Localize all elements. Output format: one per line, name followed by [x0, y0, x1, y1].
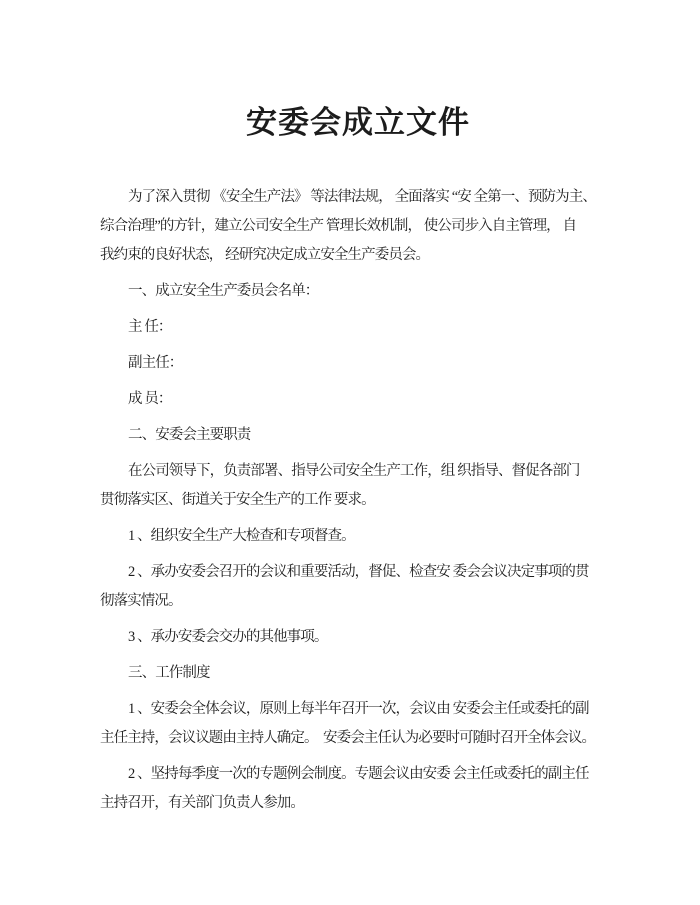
- text-line: 三、工作制度: [100, 659, 612, 688]
- text-line: 2 、承办安委会召开的会议和重要活动，督促、检查安 委会会议决定事项的贯: [100, 558, 612, 587]
- label-members: 成 员：: [100, 385, 612, 414]
- list-item-1: 1 、安委会全体会议，原则上每半年召开一次，会议由 安委会主任或委托的副 主任主…: [100, 695, 612, 753]
- text-line: 主任主持，会议议题由主持人确定。 安委会主任认为必要时可随时召开全体会议。: [100, 724, 612, 753]
- list-item-2: 2 、坚持每季度一次的专题例会制度。专题会议由安委 会主任或委托的副主任 主持召…: [100, 760, 612, 818]
- text-line: 主 任：: [100, 313, 612, 342]
- text-line: 3 、承办安委会交办的其他事项。: [100, 623, 612, 652]
- document-body: 为了深入贯彻 《安全生产法》 等法律法规， 全面落实 “安 全第一、预防为主、 …: [100, 183, 612, 825]
- label-deputy-director: 副主任：: [100, 349, 612, 378]
- section-heading-2: 二、安委会主要职责: [100, 421, 612, 450]
- label-director: 主 任：: [100, 313, 612, 342]
- text-line: 1 、安委会全体会议，原则上每半年召开一次，会议由 安委会主任或委托的副: [100, 695, 612, 724]
- text-line: 一、成立安全生产委员会名单：: [100, 277, 612, 306]
- document-title: 安委会成立文件: [8, 103, 700, 143]
- paragraph: 为了深入贯彻 《安全生产法》 等法律法规， 全面落实 “安 全第一、预防为主、 …: [100, 183, 612, 270]
- text-line: 在公司领导下，负责部署、指导公司安全生产工作，组 织指导、督促各部门: [100, 457, 612, 486]
- text-line: 我约束的良好状态， 经研究决定成立安全生产委员会。: [100, 241, 612, 270]
- text-line: 主持召开，有关部门负责人参加。: [100, 789, 612, 818]
- list-item-3: 3 、承办安委会交办的其他事项。: [100, 623, 612, 652]
- text-line: 副主任：: [100, 349, 612, 378]
- text-line: 2 、坚持每季度一次的专题例会制度。专题会议由安委 会主任或委托的副主任: [100, 760, 612, 789]
- text-line: 成 员：: [100, 385, 612, 414]
- text-line: 贯彻落实区、街道关于安全生产的工作 要求。: [100, 486, 612, 515]
- text-line: 为了深入贯彻 《安全生产法》 等法律法规， 全面落实 “安 全第一、预防为主、: [100, 183, 612, 212]
- document-page: 安委会成立文件 为了深入贯彻 《安全生产法》 等法律法规， 全面落实 “安 全第…: [0, 0, 700, 905]
- text-line: 综合治理”的方针，建立公司安全生产 管理长效机制， 使公司步入自主管理， 自: [100, 212, 612, 241]
- list-item-1: 1 、组织安全生产大检查和专项督查。: [100, 522, 612, 551]
- list-item-2: 2 、承办安委会召开的会议和重要活动，督促、检查安 委会会议决定事项的贯 彻落实…: [100, 558, 612, 616]
- paragraph: 在公司领导下，负责部署、指导公司安全生产工作，组 织指导、督促各部门 贯彻落实区…: [100, 457, 612, 515]
- section-heading-1: 一、成立安全生产委员会名单：: [100, 277, 612, 306]
- text-line: 1 、组织安全生产大检查和专项督查。: [100, 522, 612, 551]
- section-heading-3: 三、工作制度: [100, 659, 612, 688]
- text-line: 二、安委会主要职责: [100, 421, 612, 450]
- text-line: 彻落实情况。: [100, 587, 612, 616]
